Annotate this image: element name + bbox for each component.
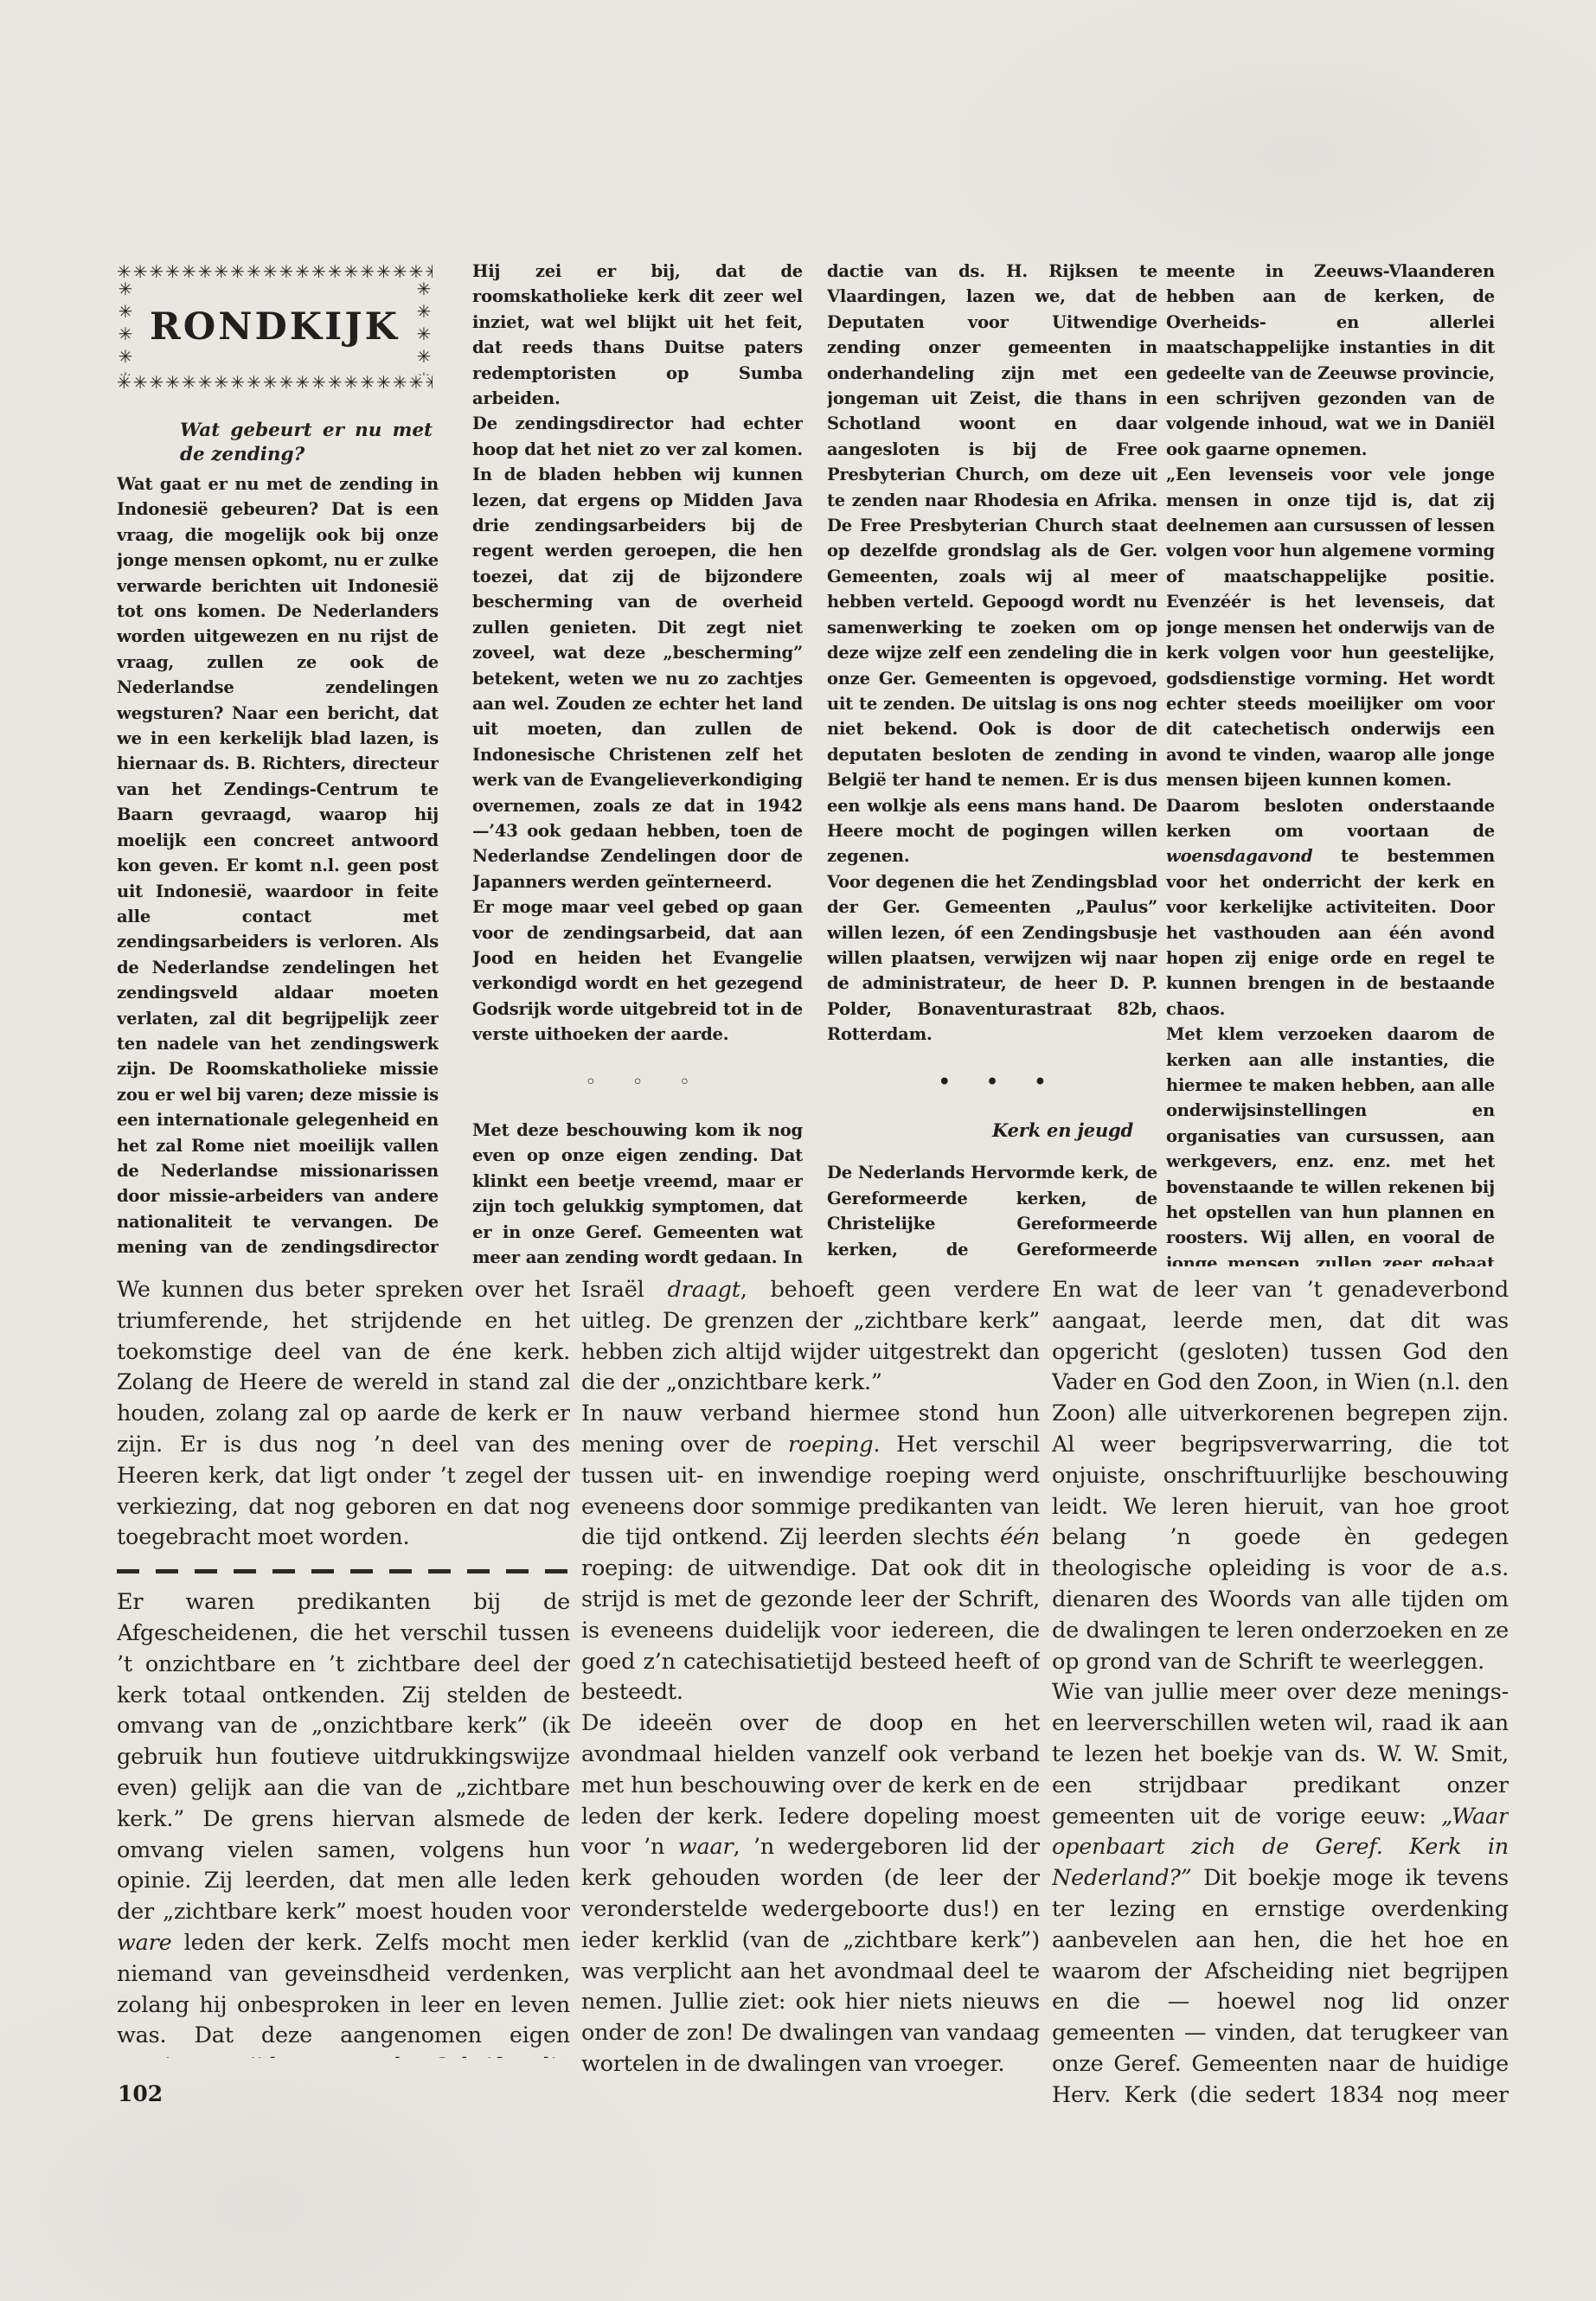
paragraph: meente in Zeeuws-Vlaanderen hebben aan d… <box>1166 259 1495 462</box>
text-run: Daarom besloten onderstaande kerken om v… <box>1166 796 1495 841</box>
top-column-4: meente in Zeeuws-Vlaanderen hebben aan d… <box>1166 259 1495 1266</box>
ornament-border-left-icon: ✳✳✳✳✳✳✳✳ <box>116 279 135 375</box>
text-run: De zendingsdirector had echter hoop dat … <box>472 413 803 891</box>
paragraph: Israël draagt, behoeft geen verdere uitl… <box>581 1275 1040 1399</box>
text-run: Wie van jullie meer over deze menings- e… <box>1052 1679 1509 1829</box>
text-run: Met klem verzoeken daarom de kerken aan … <box>1166 1024 1495 1266</box>
paragraph: Daarom besloten onderstaande kerken om v… <box>1166 793 1495 1022</box>
section-separator-dots: • • • <box>827 1070 1157 1095</box>
top-column-1: Wat gaat er nu met de zending in Indones… <box>117 471 439 1266</box>
paragraph: De zendingsdirector had echter hoop dat … <box>472 411 803 894</box>
text-run: We kunnen dus beter spreken over het tri… <box>117 1277 570 1550</box>
paragraph: We kunnen dus beter spreken over het tri… <box>117 1275 570 1554</box>
paragraph: Er moge maar veel gebed op gaan voor de … <box>472 894 803 1047</box>
text-run: Er waren predikanten bij de Afgescheiden… <box>117 1589 570 1925</box>
text-run: Israël <box>581 1277 667 1303</box>
paragraph: Met klem verzoeken daarom de kerken aan … <box>1166 1022 1495 1266</box>
paragraph: Er waren predikanten bij de Afgescheiden… <box>117 1587 570 2058</box>
paragraph: In nauw verband hiermee stond hun mening… <box>581 1399 1040 1708</box>
italic-text-run: één <box>1000 1524 1040 1550</box>
text-run: Wat gaat er nu met de zending in Indones… <box>117 474 439 1266</box>
paragraph: En wat de leer van ’t genadeverbond aang… <box>1052 1275 1509 1677</box>
text-run: De Nederlands Hervormde kerk, de Gerefor… <box>827 1163 1157 1266</box>
ornament-border-right-icon: ✳✳✳✳✳✳✳✳ <box>414 279 433 375</box>
paragraph: De Nederlands Hervormde kerk, de Gerefor… <box>827 1160 1157 1266</box>
paragraph: „Een levenseis voor vele jonge mensen in… <box>1166 462 1495 792</box>
rondkijk-masthead: ✳✳✳✳✳✳✳✳✳✳✳✳✳✳✳✳✳✳✳✳ ✳✳✳✳✳✳✳✳✳✳✳✳✳✳✳✳✳✳✳… <box>117 265 433 389</box>
paragraph: Hij zei er bij, dat de roomskatholieke k… <box>472 259 803 411</box>
page-number: 102 <box>118 2081 163 2106</box>
text-run: Met deze beschouwing kom ik nog even op … <box>472 1120 803 1266</box>
paragraph: Met deze beschouwing kom ik nog even op … <box>472 1118 803 1266</box>
bottom-column-2: Israël draagt, behoeft geen verdere uitl… <box>581 1275 1040 2106</box>
italic-text-run: ware <box>117 1930 172 1956</box>
text-run: leden der kerk. Zelfs mocht men niemand … <box>117 1930 570 2058</box>
bottom-column-3: En wat de leer van ’t genadeverbond aang… <box>1052 1275 1509 2106</box>
text-run: Voor degenen die het Zendingsblad der Ge… <box>827 872 1157 1044</box>
text-run: , ’n wedergeboren lid der kerk gehouden … <box>581 1834 1040 2077</box>
text-run: meente in Zeeuws-Vlaanderen hebben aan d… <box>1166 261 1495 459</box>
column-title: RONDKIJK <box>136 285 413 369</box>
paragraph: Wat gaat er nu met de zending in Indones… <box>117 471 439 1266</box>
italic-text-run: woensdagavond <box>1166 846 1312 866</box>
ornament-border-top-icon: ✳✳✳✳✳✳✳✳✳✳✳✳✳✳✳✳✳✳✳✳ <box>117 262 433 281</box>
italic-text-run: draagt <box>667 1277 740 1303</box>
ornament-border-bottom-icon: ✳✳✳✳✳✳✳✳✳✳✳✳✳✳✳✳✳✳✳✳ <box>117 373 433 392</box>
text-run: Er moge maar veel gebed op gaan voor de … <box>472 897 803 1044</box>
section-heading: Kerk en jeugd <box>827 1118 1157 1143</box>
top-column-2: Hij zei er bij, dat de roomskatholieke k… <box>472 259 803 1266</box>
paragraph: dactie van ds. H. Rijksen te Vlaardingen… <box>827 259 1157 869</box>
section-separator-dots: ◦ ◦ ◦ <box>472 1070 803 1095</box>
paragraph: Voor degenen die het Zendingsblad der Ge… <box>827 869 1157 1048</box>
text-run: Dit boekje moge ik tevens ter lezing en … <box>1052 1865 1509 2106</box>
dashed-separator <box>117 1569 568 1574</box>
text-run: „Een levenseis voor vele jonge mensen in… <box>1166 465 1495 790</box>
italic-text-run: waar <box>678 1834 734 1860</box>
paragraph: De ideeën over de doop en het avondmaal … <box>581 1708 1040 2080</box>
text-run: dactie van ds. H. Rijksen te Vlaardingen… <box>827 261 1157 866</box>
italic-text-run: roeping <box>788 1432 873 1458</box>
text-run: En wat de leer van ’t genadeverbond aang… <box>1052 1277 1509 1675</box>
paragraph: Wie van jullie meer over deze menings- e… <box>1052 1677 1509 2106</box>
newspaper-page: ✳✳✳✳✳✳✳✳✳✳✳✳✳✳✳✳✳✳✳✳ ✳✳✳✳✳✳✳✳✳✳✳✳✳✳✳✳✳✳✳… <box>0 0 1596 2301</box>
text-run: te bestemmen voor het onderricht der ker… <box>1166 846 1495 1018</box>
text-run: roeping: de uitwendige. Dat ook dit in s… <box>581 1555 1040 1705</box>
text-run: Hij zei er bij, dat de roomskatholieke k… <box>472 261 803 408</box>
article-subtitle: Wat gebeurt er nu met de zending? <box>180 419 433 466</box>
top-column-3: dactie van ds. H. Rijksen te Vlaardingen… <box>827 259 1157 1266</box>
bottom-column-1: We kunnen dus beter spreken over het tri… <box>117 1275 570 2058</box>
